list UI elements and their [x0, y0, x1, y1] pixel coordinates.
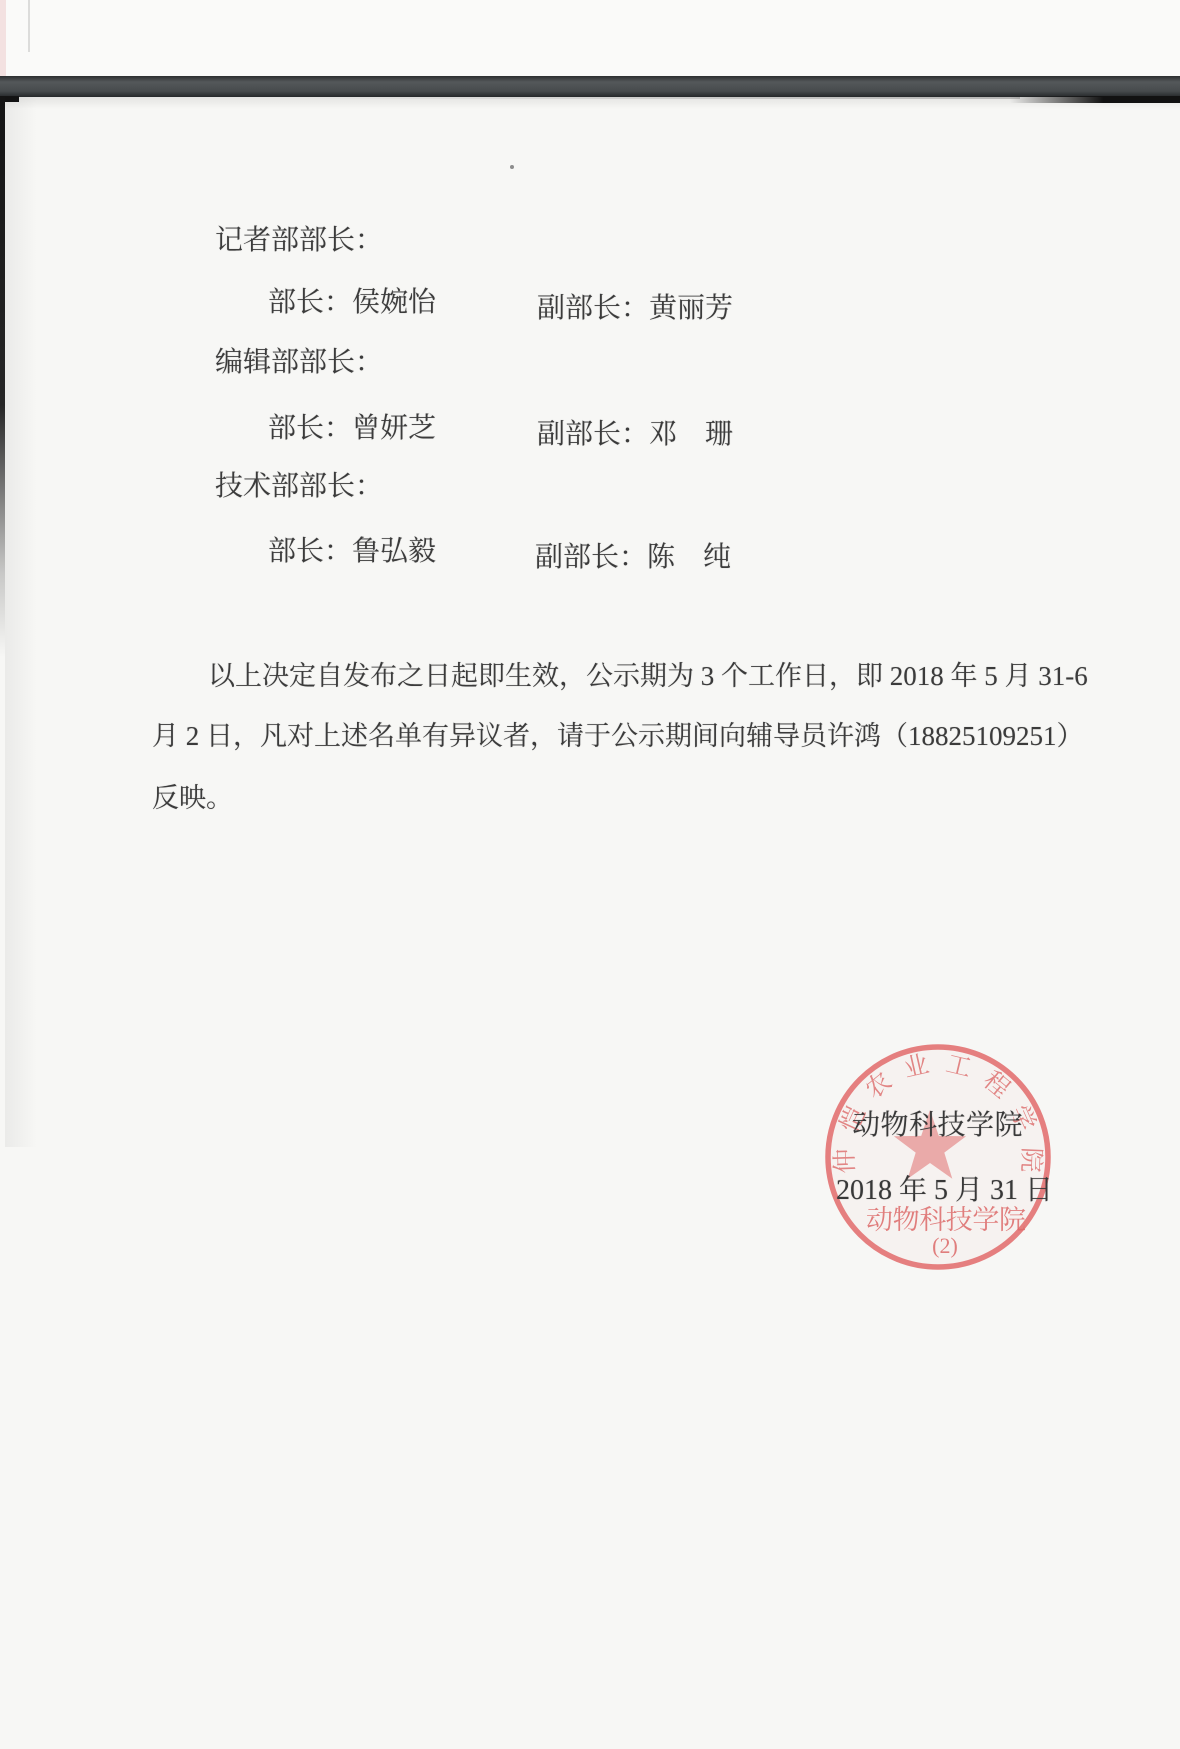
- section-1-deputy: 副部长：黄丽芳: [537, 295, 733, 323]
- scan-speck: [510, 165, 514, 169]
- document-page: [0, 97, 1180, 1749]
- paragraph-line-2: 月 2 日，凡对上述名单有异议者，请于公示期间向辅导员许鸿（1882510925…: [152, 723, 1084, 750]
- section-3-chief: 部长：鲁弘毅: [268, 538, 436, 566]
- section-1-label: 记者部部长：: [215, 227, 383, 255]
- section-2-chief: 部长：曾妍芝: [268, 415, 436, 443]
- page-edge-right: [1010, 96, 1180, 103]
- scan-top-strip: [0, 0, 1180, 76]
- scan-edge-pink-artifact: [0, 0, 6, 76]
- paragraph-line-3: 反映。: [152, 785, 233, 812]
- seal-number: (2): [932, 1233, 958, 1258]
- section-2-deputy: 副部长：邓 珊: [537, 421, 733, 449]
- page-divider-bar: [0, 76, 1180, 97]
- seal-center-text: 动物科技学院: [866, 1205, 1026, 1235]
- section-2-label: 编辑部部长：: [215, 349, 383, 377]
- signature-date: 2018 年 5 月 31 日: [836, 1177, 1053, 1205]
- official-seal: 仲恺农业工程学院 动物科技学院 (2): [798, 1017, 1078, 1297]
- left-margin-shadow: [5, 97, 37, 1147]
- scan-faint-line: [28, 0, 30, 52]
- section-3-label: 技术部部长：: [215, 473, 383, 501]
- page-edge-top-line: [300, 97, 1020, 99]
- section-3-deputy: 副部长：陈 纯: [535, 544, 731, 572]
- section-1-chief: 部长：侯婉怡: [268, 289, 436, 317]
- paragraph-line-1: 以上决定自发布之日起即生效，公示期为 3 个工作日，即 2018 年 5 月 3…: [208, 663, 1088, 690]
- signature-department: 动物科技学院: [852, 1112, 1023, 1140]
